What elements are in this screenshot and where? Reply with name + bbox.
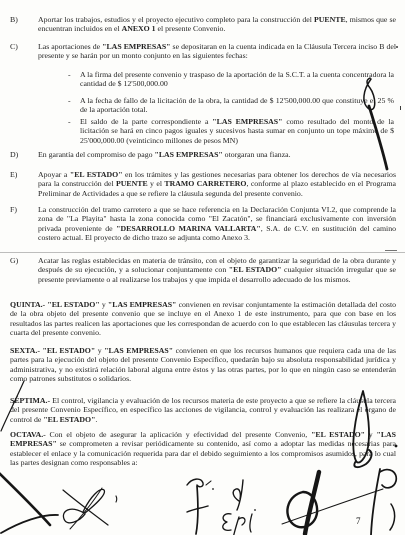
scan-artifact-dash	[385, 250, 397, 251]
bullet-item-3: - El saldo de la parte correspondiente a…	[68, 117, 394, 145]
bullet-item-1: - A la firma del presente convenio y tra…	[68, 70, 394, 89]
bullet-dash: -	[68, 70, 80, 89]
bullet-text: A la fecha de fallo de la licitación de …	[80, 96, 394, 115]
scan-speck	[396, 46, 398, 48]
item-label: F)	[10, 205, 38, 243]
signature-3	[187, 479, 214, 534]
item-B: B) Aportar los trabajos, estudios y el p…	[10, 15, 396, 34]
item-text: La construcción del tramo carretero a qu…	[38, 205, 396, 243]
bullet-text: El saldo de la parte correspondiente a "…	[80, 117, 394, 145]
bullet-dash: -	[68, 96, 80, 115]
item-label: E)	[10, 170, 38, 198]
clause-septima: SÉPTIMA.- El control, vigilancia y evalu…	[10, 396, 396, 424]
page-number: 7	[356, 516, 361, 526]
item-label: B)	[10, 15, 38, 34]
item-text: En garantía del compromiso de pago "LAS …	[38, 150, 396, 159]
item-label: G)	[10, 256, 38, 284]
signature-5	[282, 472, 383, 534]
item-C: C) Las aportaciones de "LAS EMPRESAS" se…	[10, 42, 396, 61]
bullet-dash: -	[68, 117, 80, 145]
signature-4	[223, 480, 256, 535]
clause-octava: OCTAVA.- Con el objeto de asegurar la ap…	[10, 430, 396, 468]
item-text: Aportar los trabajos, estudios y el proy…	[38, 15, 396, 34]
item-label: D)	[10, 150, 38, 159]
scan-artifact-line	[0, 252, 405, 253]
item-G: G) Acatar las reglas establecidas en mat…	[10, 256, 396, 284]
item-D: D) En garantía del compromiso de pago "L…	[10, 150, 396, 159]
scan-speck	[400, 106, 401, 110]
clause-quinta: QUINTA.- "EL ESTADO" y "LAS EMPRESAS" co…	[10, 300, 396, 338]
item-F: F) La construcción del tramo carretero a…	[10, 205, 396, 243]
item-label: C)	[10, 42, 38, 61]
bullet-text: A la firma del presente convenio y trasp…	[80, 70, 394, 89]
item-text: Las aportaciones de "LAS EMPRESAS" se de…	[38, 42, 396, 61]
bullet-item-2: - A la fecha de fallo de la licitación d…	[68, 96, 394, 115]
item-text: Acatar las reglas establecidas en materi…	[38, 256, 396, 284]
clause-sexta: SEXTA.- "EL ESTADO" y "LAS EMPRESAS" con…	[10, 346, 396, 384]
item-E: E) Apoyar a "EL ESTADO" en los trámites …	[10, 170, 396, 198]
scanned-document-page: B) Aportar los trabajos, estudios y el p…	[0, 0, 405, 535]
signature-2	[63, 488, 117, 529]
item-text: Apoyar a "EL ESTADO" en los trámites y l…	[38, 170, 396, 198]
signature-6	[371, 469, 396, 535]
signature-1	[0, 470, 58, 533]
